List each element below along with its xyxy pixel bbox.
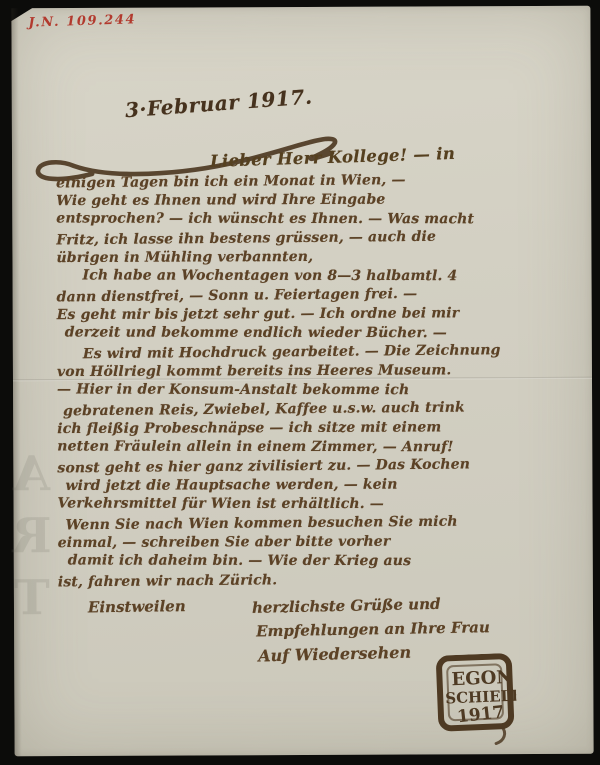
closing-einstweilen: Einstweilen xyxy=(88,595,186,619)
letter-line: einmal, — schreiben Sie aber bitte vorhe… xyxy=(58,532,570,553)
letter-line: Es geht mir bis jetzt sehr gut. — Ich or… xyxy=(57,304,569,325)
letter-paper-sheet: J.N. 109.244 3·Februar 1917. Lieber Herr… xyxy=(11,6,593,757)
letter-line: ich fleißig Probeschnäpse — ich sitze mi… xyxy=(57,418,569,439)
paper-edge-shadow xyxy=(11,8,21,756)
letter-line: ist, fahren wir nach Zürich. xyxy=(58,568,570,592)
letter-body: einigen Tagen bin ich ein Monat in Wien,… xyxy=(56,171,570,591)
verso-showthrough-text: ART xyxy=(7,446,56,606)
letter-line: Wie geht es Ihnen und wird Ihre Eingabe xyxy=(56,190,568,211)
letter-line: wird jetzt die Hauptsache werden, — kein xyxy=(65,475,569,496)
letter-line: von Höllriegl kommt bereits ins Heeres M… xyxy=(57,361,569,382)
letter-line: übrigen in Mühling verbannten, xyxy=(56,247,568,268)
scanned-letter-image: J.N. 109.244 3·Februar 1917. Lieber Herr… xyxy=(0,0,600,765)
schiele-signature-stamp: EGON SCHIELE 1917 xyxy=(435,653,519,748)
closing-greeting: herzlichste Grüße und xyxy=(251,593,440,620)
archive-number: J.N. 109.244 xyxy=(28,12,136,30)
letter-date: 3·Februar 1917. xyxy=(124,84,313,122)
